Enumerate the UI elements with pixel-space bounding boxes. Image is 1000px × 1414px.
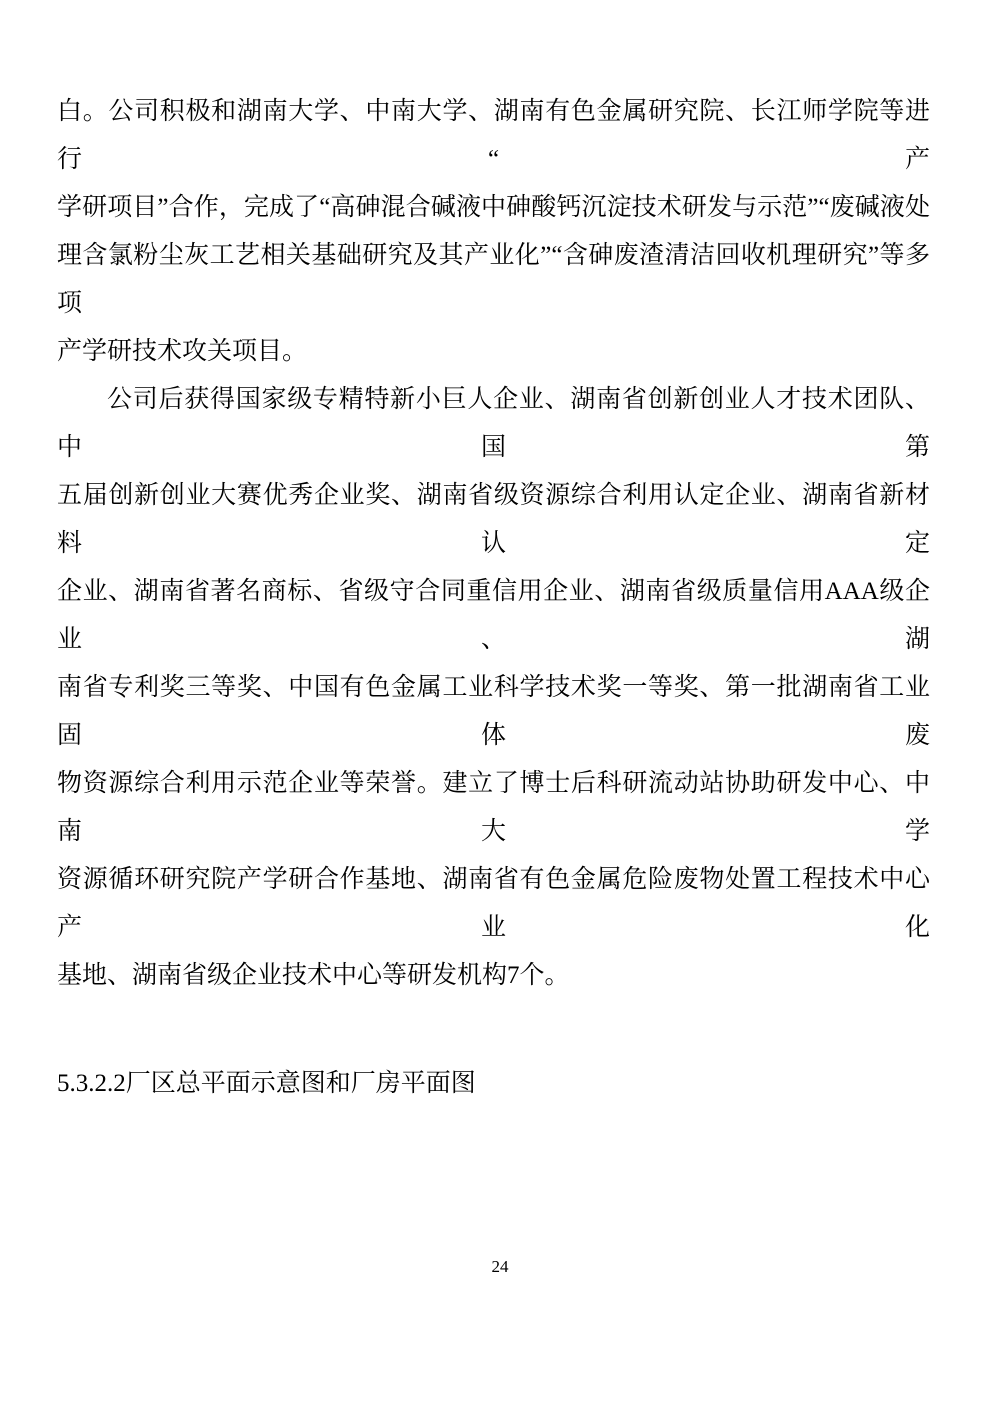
paragraph-line: 五届创新创业大赛优秀企业奖、湖南省级资源综合利用认定企业、湖南省新材料认定 [57,472,930,568]
paragraph-line: 南省专利奖三等奖、中国有色金属工业科学技术奖一等奖、第一批湖南省工业固体废 [57,664,930,760]
paragraph-line: 资源循环研究院产学研合作基地、湖南省有色金属危险废物处置工程技术中心产业化 [57,856,930,952]
paragraph-line: 理含氯粉尘灰工艺相关基础研究及其产业化”“含砷废渣清洁回收机理研究”等多项 [57,232,930,328]
page-number: 24 [0,1256,1000,1278]
paragraph-continuation: 白。公司积极和湖南大学、中南大学、湖南有色金属研究院、长江师学院等进行“产 学研… [57,88,930,376]
paragraph-line: 白。公司积极和湖南大学、中南大学、湖南有色金属研究院、长江师学院等进行“产 [57,88,930,184]
paragraph-line: 公司后获得国家级专精特新小巨人企业、湖南省创新创业人才技术团队、中国第 [57,376,930,472]
paragraph-line: 学研项目”合作，完成了“高砷混合碱液中砷酸钙沉淀技术研发与示范”“废碱液处 [57,184,930,232]
paragraph-line: 企业、湖南省著名商标、省级守合同重信用企业、湖南省级质量信用AAA级企业、湖 [57,568,930,664]
section-heading: 5.3.2.2厂区总平面示意图和厂房平面图 [57,1060,930,1108]
page-body-text: 白。公司积极和湖南大学、中南大学、湖南有色金属研究院、长江师学院等进行“产 学研… [57,88,930,1108]
paragraph-honors: 公司后获得国家级专精特新小巨人企业、湖南省创新创业人才技术团队、中国第 五届创新… [57,376,930,1000]
document-page: 白。公司积极和湖南大学、中南大学、湖南有色金属研究院、长江师学院等进行“产 学研… [0,0,1000,1414]
paragraph-line: 物资源综合利用示范企业等荣誉。建立了博士后科研流动站协助研发中心、中南大学 [57,760,930,856]
paragraph-line: 产学研技术攻关项目。 [57,328,930,376]
paragraph-line: 基地、湖南省级企业技术中心等研发机构7个。 [57,952,930,1000]
